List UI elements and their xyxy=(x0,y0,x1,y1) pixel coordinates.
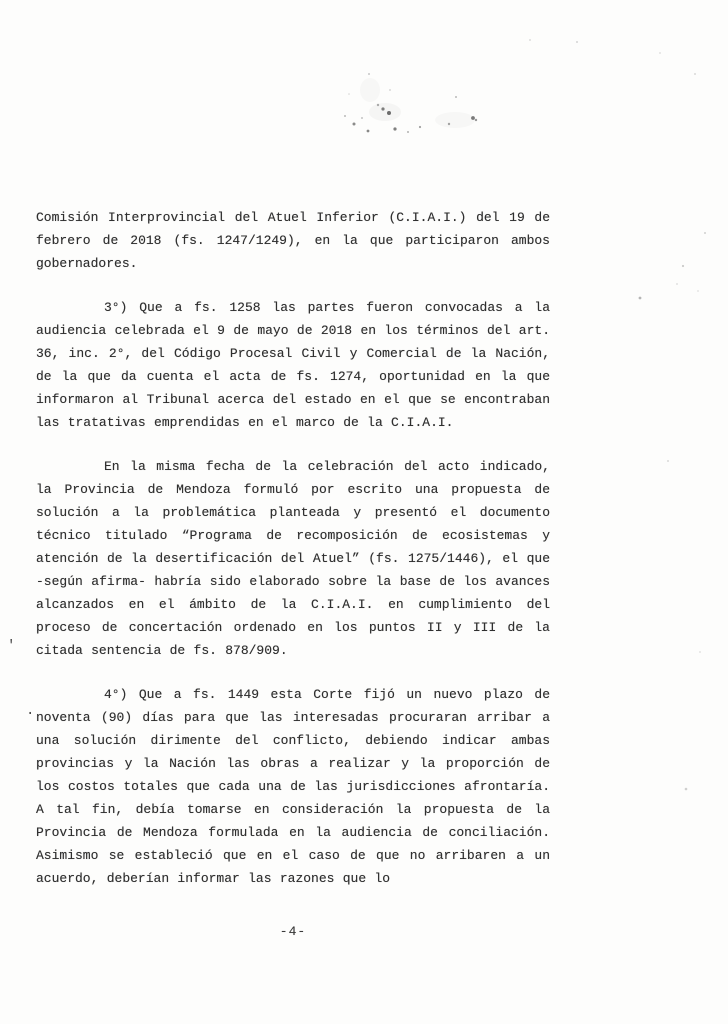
paragraph-4: 4°) Que a fs. 1449 esta Corte fijó un nu… xyxy=(36,683,550,890)
stray-ink-dot: · xyxy=(26,703,34,726)
left-margin-tick: ' xyxy=(7,638,15,654)
paragraph-continuation: Comisión Interprovincial del Atuel Infer… xyxy=(36,206,550,275)
paragraph-3: 3°) Que a fs. 1258 las partes fueron con… xyxy=(36,296,550,434)
paragraph-mendoza-proposal: En la misma fecha de la celebración del … xyxy=(36,455,550,662)
scanned-document-page: Comisión Interprovincial del Atuel Infer… xyxy=(0,0,728,1024)
document-text: Comisión Interprovincial del Atuel Infer… xyxy=(36,206,550,911)
stamp-smudge xyxy=(344,73,477,133)
scan-specks-top-right xyxy=(529,39,696,75)
scan-specks-right-margin xyxy=(639,232,706,790)
page-number: -4- xyxy=(36,924,550,939)
